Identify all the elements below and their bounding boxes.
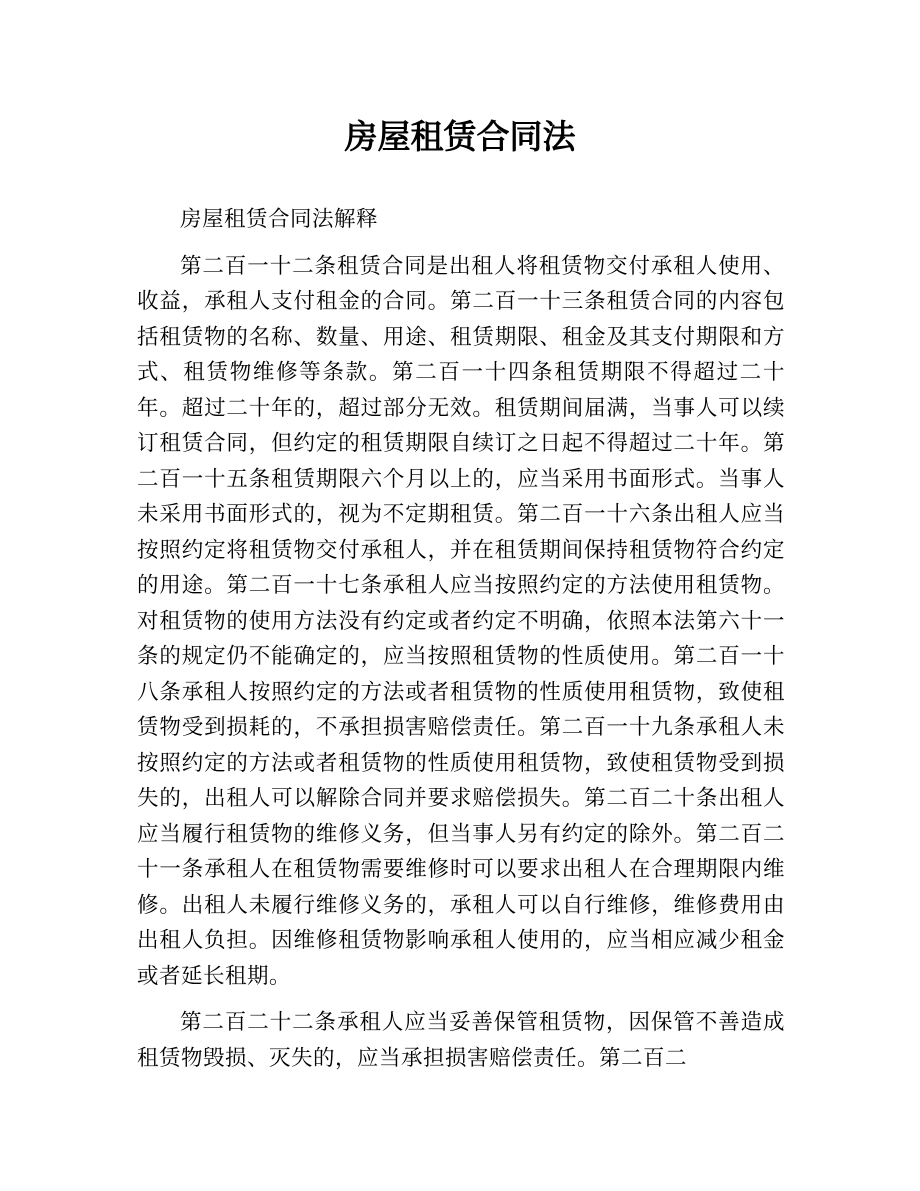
document-title: 房屋租赁合同法 <box>0 112 920 162</box>
paragraph-articles-212-221: 第二百一十二条租赁合同是出租人将租赁物交付承租人使用、收益，承租人支付租金的合同… <box>137 249 785 995</box>
document-body: 房屋租赁合同法解释 第二百一十二条租赁合同是出租人将租赁物交付承租人使用、收益，… <box>137 202 785 1076</box>
document-subtitle: 房屋租赁合同法解释 <box>137 202 785 238</box>
paragraph-article-222: 第二百二十二条承租人应当妥善保管租赁物，因保管不善造成租赁物毁损、灭失的，应当承… <box>137 1005 785 1076</box>
document-page: 房屋租赁合同法 房屋租赁合同法解释 第二百一十二条租赁合同是出租人将租赁物交付承… <box>0 0 920 1191</box>
